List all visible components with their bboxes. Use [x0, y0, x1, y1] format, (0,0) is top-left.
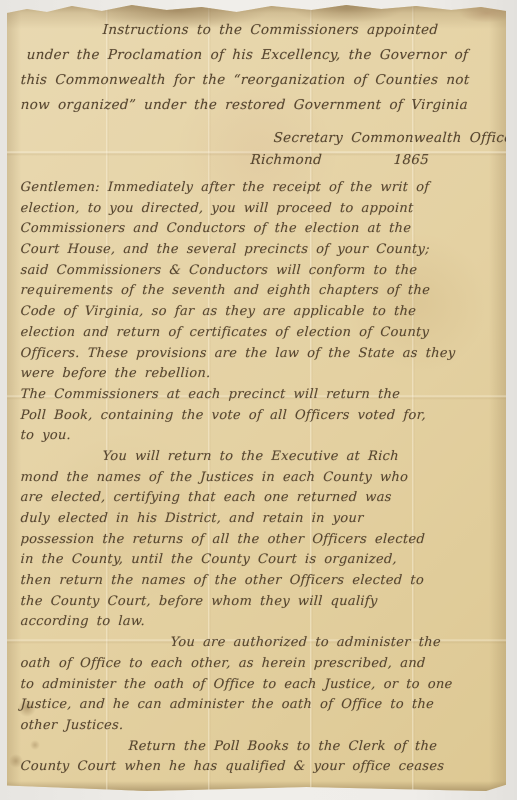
handwritten-line: then return the names of the other Offic… [20, 571, 498, 592]
handwritten-line: Commissioners and Conductors of the elec… [20, 219, 498, 240]
handwritten-line: election, to you directed, you will proc… [20, 199, 498, 220]
handwritten-line: oath of Office to each other, as herein … [20, 654, 498, 675]
manuscript-page: Instructions to the Commissioners appoin… [7, 3, 506, 791]
handwritten-line: to administer the oath of Office to each… [20, 675, 498, 696]
handwritten-line: were before the rebellion. [20, 364, 498, 385]
body-lines: Gentlemen: Immediately after the receipt… [20, 178, 497, 778]
handwritten-line: Court House, and the several precincts o… [20, 240, 498, 261]
handwritten-line: are elected, certifying that each one re… [20, 488, 498, 509]
place-year-line: Richmond 1865 [20, 149, 497, 171]
handwritten-line: Return the Poll Books to the Clerk of th… [20, 737, 498, 758]
handwritten-line: You will return to the Executive at Rich [20, 447, 498, 468]
handwritten-line: duly elected in his District, and retain… [20, 509, 498, 530]
handwritten-line: now organized” under the restored Govern… [20, 93, 498, 118]
handwritten-line: this Commonwealth for the “reorganizatio… [20, 68, 498, 93]
office-line: Secretary Commonwealth Office [20, 127, 498, 149]
scan-background: Instructions to the Commissioners appoin… [0, 0, 517, 800]
handwritten-line: the County Court, before whom they will … [20, 592, 498, 613]
place: Richmond [250, 149, 323, 171]
handwritten-line: said Commissioners & Conductors will con… [20, 261, 498, 282]
handwritten-line: election and return of certificates of e… [20, 323, 498, 344]
handwritten-line: in the County, until the County Court is… [20, 550, 498, 571]
handwritten-line: Code of Virginia, so far as they are app… [20, 302, 498, 323]
handwritten-line: The Commissioners at each precinct will … [20, 385, 498, 406]
dateline: Secretary Commonwealth Office Richmond 1… [20, 127, 497, 171]
handwritten-line: other Justices. [20, 716, 498, 737]
handwritten-line: County Court when he has qualified & you… [20, 757, 498, 778]
heading-lines: Instructions to the Commissioners appoin… [20, 18, 497, 118]
handwritten-line: You are authorized to administer the [20, 633, 498, 654]
year: 1865 [393, 149, 430, 171]
handwritten-line: requirements of the seventh and eighth c… [20, 281, 498, 302]
handwritten-line: under the Proclamation of his Excellency… [20, 43, 498, 68]
manuscript-content: Instructions to the Commissioners appoin… [20, 18, 497, 778]
handwritten-line: Gentlemen: Immediately after the receipt… [20, 178, 498, 199]
handwritten-line: Instructions to the Commissioners appoin… [20, 18, 498, 43]
handwritten-line: mond the names of the Justices in each C… [20, 468, 498, 489]
handwritten-line: Justice, and he can administer the oath … [20, 695, 498, 716]
handwritten-line: according to law. [20, 612, 498, 633]
handwritten-line: to you. [20, 426, 498, 447]
handwritten-line: possession the returns of all the other … [20, 530, 498, 551]
handwritten-line: Officers. These provisions are the law o… [20, 344, 498, 365]
handwritten-line: Poll Book, containing the vote of all Of… [20, 406, 498, 427]
